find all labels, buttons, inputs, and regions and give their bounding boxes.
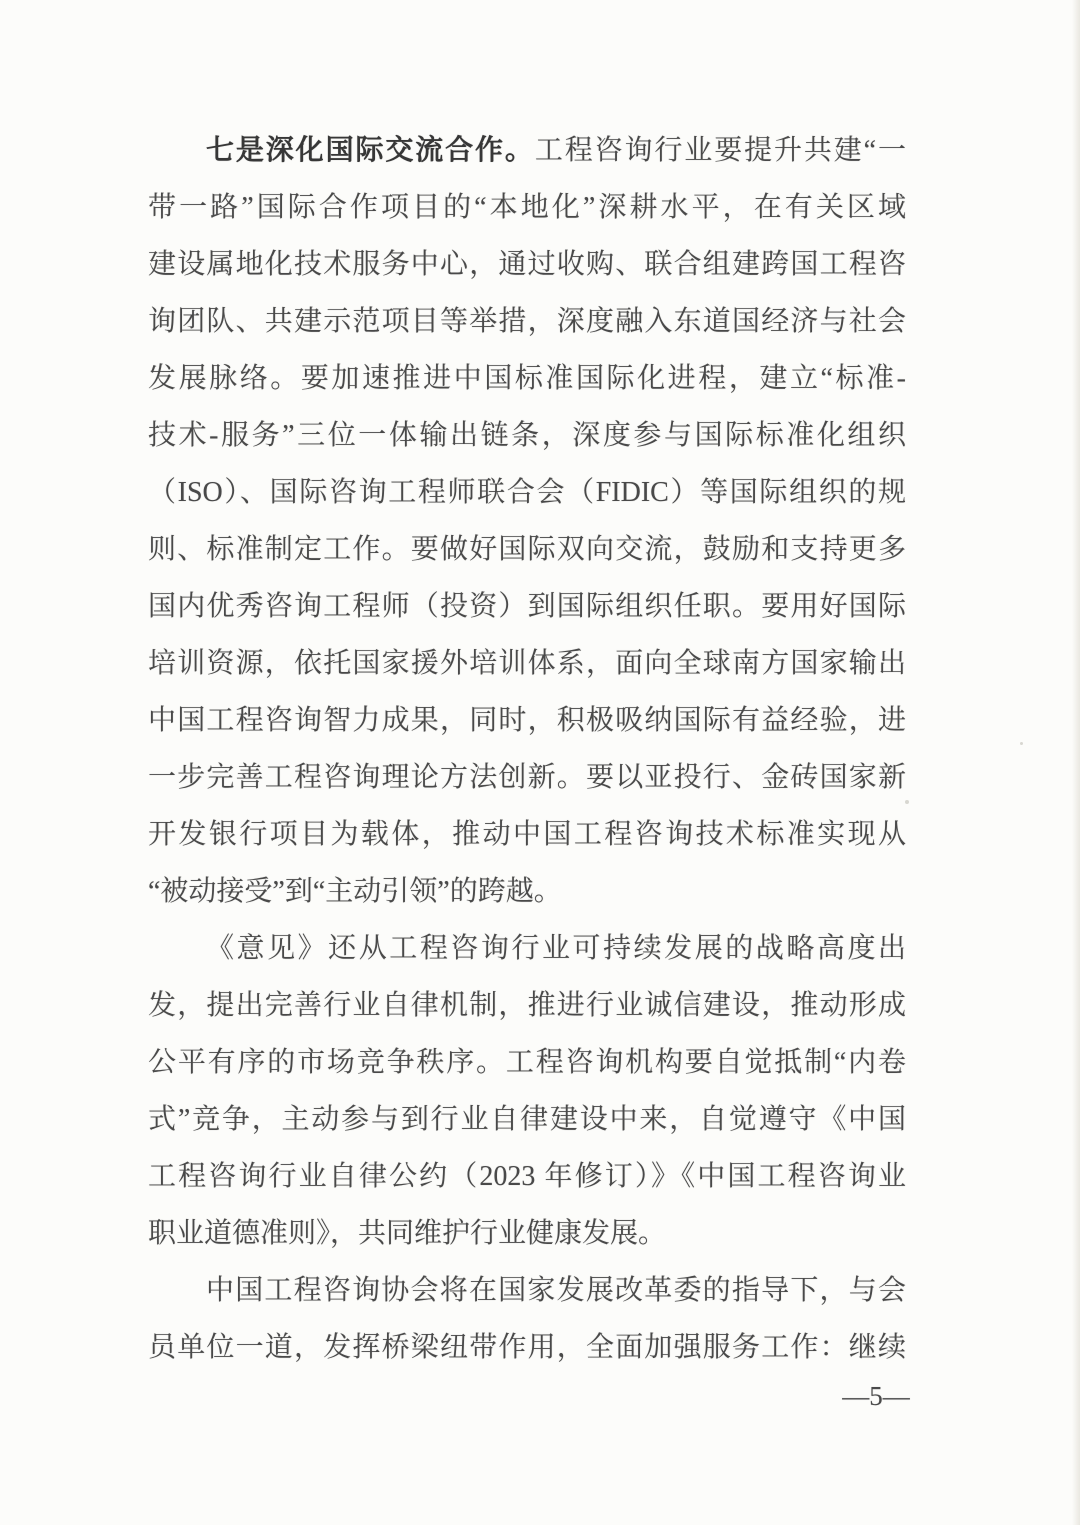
paragraph-line: 工程咨询行业自律公约（2023 年修订）》《中国工程咨询业 (148, 1148, 906, 1205)
paragraph-line: 一步完善工程咨询理论方法创新。要以亚投行、金砖国家新 (148, 749, 906, 806)
paragraph-line: 职业道德准则》，共同维护行业健康发展。 (148, 1205, 906, 1262)
paragraph-line: （ISO）、国际咨询工程师联合会（FIDIC）等国际组织的规 (148, 464, 906, 521)
paragraph-line: 开发银行项目为载体，推动中国工程咨询技术标准实现从 (148, 806, 906, 863)
paragraph-line: 询团队、共建示范项目等举措，深度融入东道国经济与社会 (148, 293, 906, 350)
paragraph-line: 培训资源，依托国家援外培训体系，面向全球南方国家输出 (148, 635, 906, 692)
paragraph-line: 中国工程咨询智力成果，同时，积极吸纳国际有益经验，进 (148, 692, 906, 749)
paragraph-line: 公平有序的市场竞争秩序。工程咨询机构要自觉抵制“内卷 (148, 1034, 906, 1091)
document-page: 七是深化国际交流合作。工程咨询行业要提升共建“一 带一路”国际合作项目的“本地化… (0, 0, 1080, 1525)
paragraph-line: 《意见》还从工程咨询行业可持续发展的战略高度出 (148, 920, 906, 977)
section-heading: 七是深化国际交流合作。 (206, 135, 535, 166)
scan-edge-shading (1072, 0, 1080, 1525)
paragraph-line: “被动接受”到“主动引领”的跨越。 (148, 863, 906, 920)
paragraph-line: 建设属地化技术服务中心，通过收购、联合组建跨国工程咨 (148, 236, 906, 293)
line-text: 工程咨询行业要提升共建“一 (535, 135, 906, 166)
scan-speck (1020, 742, 1023, 745)
paragraph-line: 发，提出完善行业自律机制，推进行业诚信建设，推动形成 (148, 977, 906, 1034)
page-number: —5— (840, 1376, 912, 1416)
paragraph-line: 式”竞争，主动参与到行业自律建设中来，自觉遵守《中国 (148, 1091, 906, 1148)
paragraph-line: 中国工程咨询协会将在国家发展改革委的指导下，与会 (148, 1262, 906, 1319)
paragraph-line: 则、标准制定工作。要做好国际双向交流，鼓励和支持更多 (148, 521, 906, 578)
paragraph-line: 带一路”国际合作项目的“本地化”深耕水平，在有关区域 (148, 179, 906, 236)
paragraph-line: 员单位一道，发挥桥梁纽带作用，全面加强服务工作：继续 (148, 1319, 906, 1376)
paragraph-line: 国内优秀咨询工程师（投资）到国际组织任职。要用好国际 (148, 578, 906, 635)
body-text: 七是深化国际交流合作。工程咨询行业要提升共建“一 带一路”国际合作项目的“本地化… (148, 122, 906, 1376)
paragraph-line: 七是深化国际交流合作。工程咨询行业要提升共建“一 (148, 122, 906, 179)
paragraph-line: 技术-服务”三位一体输出链条，深度参与国际标准化组织 (148, 407, 906, 464)
paragraph-line: 发展脉络。要加速推进中国标准国际化进程，建立“标准- (148, 350, 906, 407)
